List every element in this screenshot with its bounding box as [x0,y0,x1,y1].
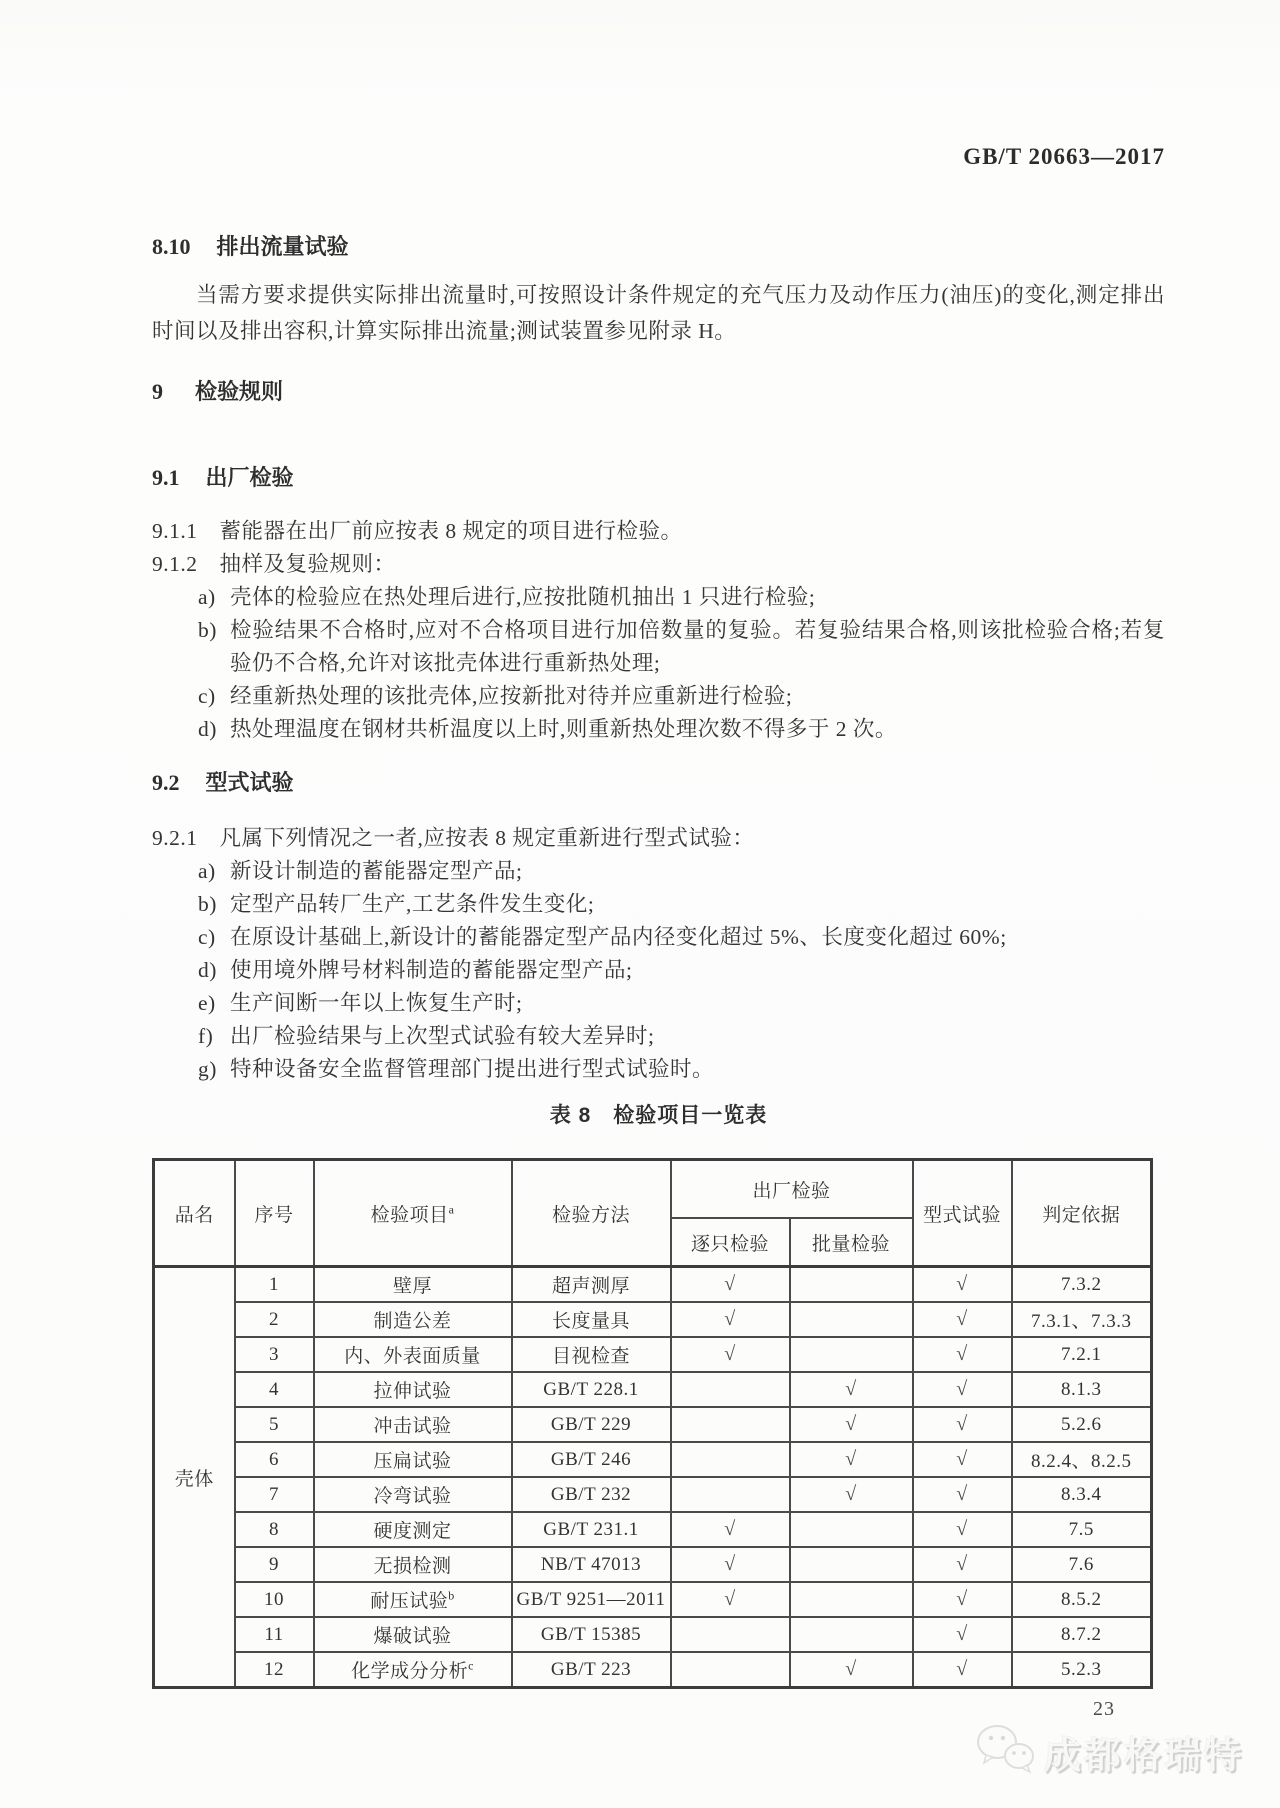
cell-basis: 7.3.1、7.3.3 [1012,1302,1152,1337]
document-page: GB/T 20663—2017 8.10 排出流量试验 当需方要求提供实际排出流… [0,0,1280,1808]
chapter-title: 检验规则 [195,375,283,408]
chapter-9-heading: 9 检验规则 [152,375,1165,408]
standard-code-header: GB/T 20663—2017 [152,0,1165,172]
checkmark-cell [790,1337,913,1372]
table-row: 12化学成分分析cGB/T 223√√5.2.3 [154,1652,1152,1688]
cell-item: 爆破试验 [314,1617,512,1652]
checkmark-cell [790,1582,913,1617]
table-row: 10耐压试验bGB/T 9251—2011√√8.5.2 [154,1582,1152,1617]
list-item-label: a) [198,581,216,614]
list-item-text: 新设计制造的蓄能器定型产品; [230,859,522,883]
checkmark-cell: √ [913,1442,1012,1477]
section-8-10-heading: 8.10 排出流量试验 [152,230,1165,263]
cell-no: 2 [235,1302,314,1337]
header-inspection-method: 检验方法 [512,1160,671,1267]
clause-number: 9.1.2 [152,552,198,576]
checkmark-cell [790,1267,913,1303]
list-item-label: a) [198,855,216,888]
checkmark-cell: √ [913,1652,1012,1688]
list-item-text: 使用境外牌号材料制造的蓄能器定型产品; [230,958,632,982]
list-item-text: 检验结果不合格时,应对不合格项目进行加倍数量的复验。若复验结果合格,则该批检验合… [230,618,1165,675]
cell-basis: 8.7.2 [1012,1617,1152,1652]
header-type-test: 型式试验 [913,1160,1012,1267]
checkmark-cell: √ [671,1512,790,1547]
checkmark-cell [671,1442,790,1477]
cell-item: 耐压试验b [314,1582,512,1617]
chapter-number: 9 [152,375,163,408]
checkmark-cell [790,1512,913,1547]
clause-number: 9.1.1 [152,519,198,543]
cell-no: 1 [235,1267,314,1303]
checkmark-cell: √ [671,1582,790,1617]
cell-no: 11 [235,1617,314,1652]
header-inspection-item-text: 检验项目 [371,1205,449,1226]
cell-basis: 8.2.4、8.2.5 [1012,1442,1152,1477]
checkmark-cell: √ [790,1372,913,1407]
list-item-text: 经重新热处理的该批壳体,应按新批对待并应重新进行检验; [230,684,792,708]
cell-basis: 7.3.2 [1012,1267,1152,1303]
list-item-text: 生产间断一年以上恢复生产时; [230,991,522,1015]
page-content: GB/T 20663—2017 8.10 排出流量试验 当需方要求提供实际排出流… [0,0,1280,1721]
section-number: 9.1 [152,461,180,494]
cell-no: 8 [235,1512,314,1547]
cell-basis: 8.3.4 [1012,1477,1152,1512]
clause-text: 蓄能器在出厂前应按表 8 规定的项目进行检验。 [220,519,683,543]
checkmark-cell [671,1407,790,1442]
list-item-text: 热处理温度在钢材共析温度以上时,则重新热处理次数不得多于 2 次。 [230,717,897,741]
list-item: c)经重新热处理的该批壳体,应按新批对待并应重新进行检验; [152,680,1165,713]
cell-method: 目视检查 [512,1337,671,1372]
cell-method: GB/T 232 [512,1477,671,1512]
section-9-1-heading: 9.1 出厂检验 [152,461,1165,494]
cell-basis: 7.2.1 [1012,1337,1152,1372]
checkmark-cell: √ [790,1477,913,1512]
list-item-label: c) [198,680,216,713]
cell-method: 长度量具 [512,1302,671,1337]
clause-9-1-2: 9.1.2抽样及复验规则： [152,548,1165,581]
cell-no: 3 [235,1337,314,1372]
clause-text: 抽样及复验规则： [220,552,396,576]
cell-method: GB/T 231.1 [512,1512,671,1547]
cell-basis: 8.1.3 [1012,1372,1152,1407]
cell-item: 冷弯试验 [314,1477,512,1512]
inspection-items-table: 品名 序号 检验项目a 检验方法 出厂检验 型式试验 判定依据 逐只检验 批量检… [152,1158,1153,1689]
list-item: a)壳体的检验应在热处理后进行,应按批随机抽出 1 只进行检验; [152,581,1165,614]
list-item: e)生产间断一年以上恢复生产时; [152,987,1165,1020]
list-item-label: c) [198,921,216,954]
cell-item: 冲击试验 [314,1407,512,1442]
list-item-label: f) [198,1020,213,1053]
cell-basis: 5.2.6 [1012,1407,1152,1442]
section-title: 出厂检验 [206,461,294,494]
list-9-2-1: a)新设计制造的蓄能器定型产品;b)定型产品转厂生产,工艺条件发生变化;c)在原… [152,855,1165,1086]
cell-no: 7 [235,1477,314,1512]
table-row: 11爆破试验GB/T 15385√8.7.2 [154,1617,1152,1652]
list-item-text: 特种设备安全监督管理部门提出进行型式试验时。 [230,1057,714,1081]
cell-no: 10 [235,1582,314,1617]
clause-9-1-1: 9.1.1蓄能器在出厂前应按表 8 规定的项目进行检验。 [152,515,1165,548]
list-item: d)热处理温度在钢材共析温度以上时,则重新热处理次数不得多于 2 次。 [152,713,1165,746]
checkmark-cell [790,1547,913,1582]
cell-item: 硬度测定 [314,1512,512,1547]
cell-item: 化学成分分析c [314,1652,512,1688]
checkmark-cell: √ [913,1337,1012,1372]
cell-method: 超声测厚 [512,1267,671,1303]
checkmark-cell: √ [913,1407,1012,1442]
cell-item: 无损检测 [314,1547,512,1582]
cell-item: 拉伸试验 [314,1372,512,1407]
checkmark-cell: √ [671,1267,790,1303]
cell-item: 制造公差 [314,1302,512,1337]
list-9-1-2: a)壳体的检验应在热处理后进行,应按批随机抽出 1 只进行检验;b)检验结果不合… [152,581,1165,746]
checkmark-cell: √ [913,1267,1012,1303]
header-item-footnote-sup: a [449,1202,455,1216]
clause-text: 凡属下列情况之一者,应按表 8 规定重新进行型式试验： [220,826,755,850]
cell-method: GB/T 246 [512,1442,671,1477]
cell-no: 12 [235,1652,314,1688]
list-item: b)检验结果不合格时,应对不合格项目进行加倍数量的复验。若复验结果合格,则该批检… [152,614,1165,680]
header-serial-no: 序号 [235,1160,314,1267]
cell-method: GB/T 228.1 [512,1372,671,1407]
header-product-name: 品名 [154,1160,235,1267]
cell-no: 9 [235,1547,314,1582]
table-row: 9无损检测NB/T 47013√√7.6 [154,1547,1152,1582]
list-item-label: d) [198,713,217,746]
header-batch-inspection: 批量检验 [790,1218,913,1267]
table-row: 6压扁试验GB/T 246√√8.2.4、8.2.5 [154,1442,1152,1477]
list-item: f)出厂检验结果与上次型式试验有较大差异时; [152,1020,1165,1053]
checkmark-cell: √ [913,1617,1012,1652]
section-number: 9.2 [152,766,180,799]
checkmark-cell: √ [790,1652,913,1688]
page-number: 23 [152,1698,1165,1721]
checkmark-cell: √ [671,1547,790,1582]
list-item-text: 壳体的检验应在热处理后进行,应按批随机抽出 1 只进行检验; [230,585,815,609]
table-row: 4拉伸试验GB/T 228.1√√8.1.3 [154,1372,1152,1407]
checkmark-cell: √ [913,1477,1012,1512]
paragraph-8-10: 当需方要求提供实际排出流量时,可按照设计条件规定的充气压力及动作压力(油压)的变… [152,277,1165,349]
header-judgment-basis: 判定依据 [1012,1160,1152,1267]
cell-method: NB/T 47013 [512,1547,671,1582]
list-item: a)新设计制造的蓄能器定型产品; [152,855,1165,888]
checkmark-cell [671,1652,790,1688]
cell-basis: 5.2.3 [1012,1652,1152,1688]
section-title: 型式试验 [206,766,294,799]
checkmark-cell: √ [913,1547,1012,1582]
checkmark-cell: √ [790,1442,913,1477]
list-item-text: 出厂检验结果与上次型式试验有较大差异时; [230,1024,654,1048]
checkmark-cell: √ [671,1337,790,1372]
table-row: 2制造公差长度量具√√7.3.1、7.3.3 [154,1302,1152,1337]
cell-method: GB/T 15385 [512,1617,671,1652]
checkmark-cell [671,1617,790,1652]
table-row: 8硬度测定GB/T 231.1√√7.5 [154,1512,1152,1547]
product-name-cell: 壳体 [154,1267,235,1688]
cell-basis: 7.6 [1012,1547,1152,1582]
cell-no: 5 [235,1407,314,1442]
list-item-label: e) [198,987,216,1020]
checkmark-cell: √ [913,1372,1012,1407]
cell-item: 内、外表面质量 [314,1337,512,1372]
watermark-brand-text: 成都格瑞特 [1044,1725,1244,1779]
table-body: 壳体1壁厚超声测厚√√7.3.22制造公差长度量具√√7.3.1、7.3.33内… [154,1267,1152,1688]
cell-item: 壁厚 [314,1267,512,1303]
cell-no: 6 [235,1442,314,1477]
clause-number: 9.2.1 [152,826,198,850]
list-item: d)使用境外牌号材料制造的蓄能器定型产品; [152,954,1165,987]
checkmark-cell: √ [913,1302,1012,1337]
cell-method: GB/T 229 [512,1407,671,1442]
section-title: 排出流量试验 [217,230,349,263]
header-inspection-item: 检验项目a [314,1160,512,1267]
list-item-label: g) [198,1053,217,1086]
list-item: g)特种设备安全监督管理部门提出进行型式试验时。 [152,1053,1165,1086]
list-item: c)在原设计基础上,新设计的蓄能器定型产品内径变化超过 5%、长度变化超过 60… [152,921,1165,954]
cell-basis: 7.5 [1012,1512,1152,1547]
checkmark-cell [790,1302,913,1337]
cell-item: 压扁试验 [314,1442,512,1477]
checkmark-cell [671,1477,790,1512]
checkmark-cell [790,1617,913,1652]
checkmark-cell: √ [913,1512,1012,1547]
list-item-text: 定型产品转厂生产,工艺条件发生变化; [230,892,594,916]
checkmark-cell: √ [671,1302,790,1337]
table-row: 7冷弯试验GB/T 232√√8.3.4 [154,1477,1152,1512]
section-number: 8.10 [152,230,191,263]
header-each-unit-inspection: 逐只检验 [671,1218,790,1267]
watermark: 成都格瑞特 [974,1722,1244,1781]
table-8-title: 表 8 检验项目一览表 [152,1099,1165,1132]
checkmark-cell: √ [790,1407,913,1442]
checkmark-cell [671,1372,790,1407]
list-item-label: d) [198,954,217,987]
table-row: 壳体1壁厚超声测厚√√7.3.2 [154,1267,1152,1303]
table-row: 3内、外表面质量目视检查√√7.2.1 [154,1337,1152,1372]
table-row: 5冲击试验GB/T 229√√5.2.6 [154,1407,1152,1442]
list-item: b)定型产品转厂生产,工艺条件发生变化; [152,888,1165,921]
cell-no: 4 [235,1372,314,1407]
list-item-label: b) [198,614,217,647]
wechat-icon [974,1722,1036,1781]
list-item-text: 在原设计基础上,新设计的蓄能器定型产品内径变化超过 5%、长度变化超过 60%; [230,925,1007,949]
cell-basis: 8.5.2 [1012,1582,1152,1617]
checkmark-cell: √ [913,1582,1012,1617]
clause-9-2-1: 9.2.1凡属下列情况之一者,应按表 8 规定重新进行型式试验： [152,822,1165,855]
cell-method: GB/T 9251—2011 [512,1582,671,1617]
header-factory-inspection: 出厂检验 [671,1160,913,1219]
list-item-label: b) [198,888,217,921]
cell-method: GB/T 223 [512,1652,671,1688]
section-9-2-heading: 9.2 型式试验 [152,766,1165,799]
